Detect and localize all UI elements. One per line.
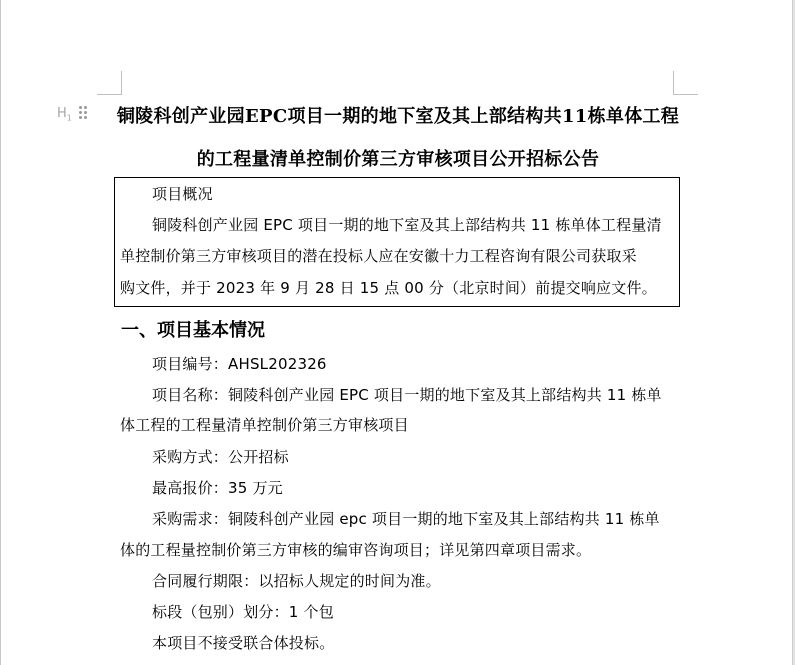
consortium-note: 本项目不接受联合体投标。: [152, 633, 334, 653]
document-title-line-2: 的工程量清单控制价第三方审核项目公开招标公告: [100, 145, 696, 171]
project-name: 项目名称：铜陵科创产业园 EPC 项目一期的地下室及其上部结构共 11 栋单: [152, 385, 662, 405]
margin-corner-mark-right: [673, 71, 698, 95]
contract-period: 合同履行期限：以招标人规定的时间为准。: [152, 571, 441, 591]
overview-line: 铜陵科创产业园 EPC 项目一期的地下室及其上部结构共 11 栋单体工程量清: [152, 215, 662, 235]
procurement-method: 采购方式：公开招标: [152, 447, 289, 467]
project-number: 项目编号：AHSL202326: [152, 354, 327, 374]
overview-line: 单控制价第三方审核项目的潜在投标人应在安徽十力工程咨询有限公司获取采: [120, 246, 637, 266]
project-name-cont: 体工程的工程量清单控制价第三方审核项目: [120, 415, 409, 435]
overview-line: 购文件，并于 2023 年 9 月 28 日 15 点 00 分（北京时间）前提…: [120, 278, 657, 298]
heading-level-icon[interactable]: H1: [57, 106, 72, 123]
drag-handle-icon[interactable]: [79, 106, 91, 120]
document-title-line-1: 铜陵科创产业园EPC项目一期的地下室及其上部结构共11栋单体工程: [100, 102, 696, 128]
margin-corner-mark-left: [97, 71, 122, 95]
overview-heading: 项目概况: [152, 184, 213, 204]
max-price: 最高报价：35 万元: [152, 478, 283, 498]
page-edge-left: [0, 0, 1, 665]
section-heading: 一、项目基本情况: [121, 316, 265, 342]
procurement-requirement: 采购需求：铜陵科创产业园 epc 项目一期的地下室及其上部结构共 11 栋单: [152, 509, 660, 529]
procurement-requirement-cont: 体的工程量控制价第三方审核的编审咨询项目；详见第四章项目需求。: [120, 540, 591, 560]
lot-division: 标段（包别）划分：1 个包: [152, 602, 334, 622]
